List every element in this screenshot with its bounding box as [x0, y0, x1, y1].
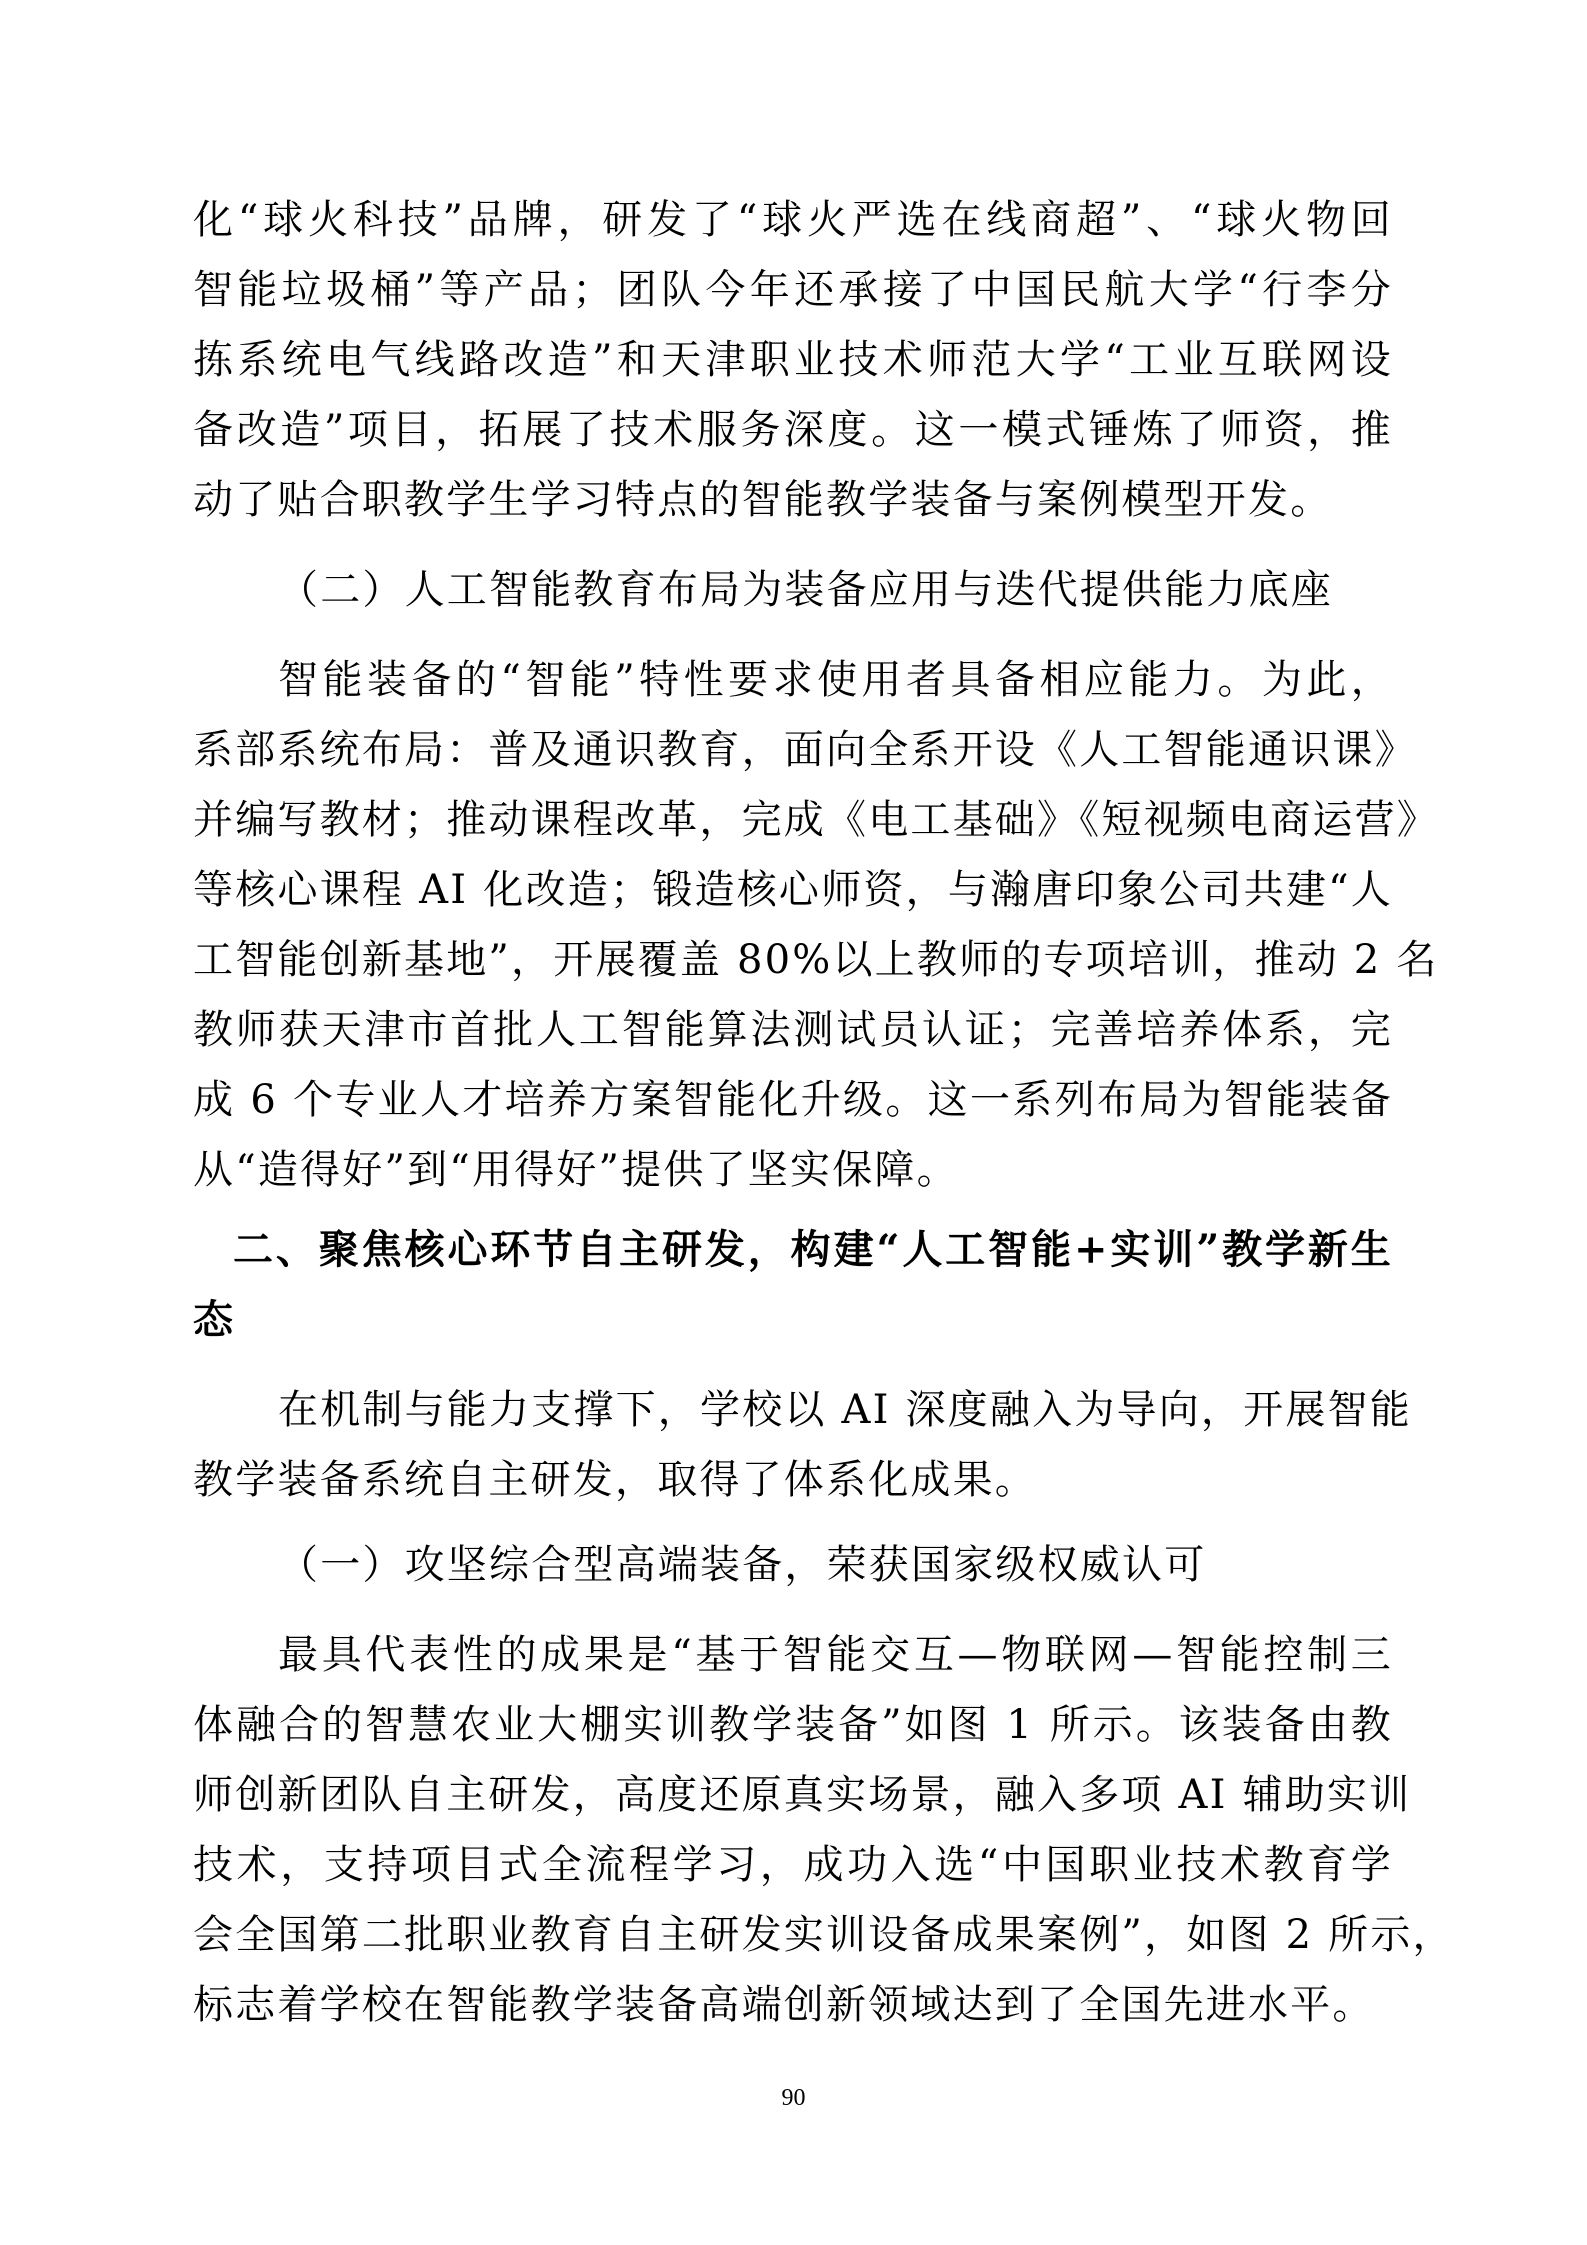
paragraph-line: 动了贴合职教学生学习特点的智能教学装备与案例模型开发。	[193, 475, 1393, 525]
paragraph-line: 化“球火科技”品牌，研发了“球火严选在线商超”、“球火物回	[193, 195, 1393, 245]
subheading: （一）攻坚综合型高端装备，荣获国家级权威认可	[278, 1540, 1393, 1590]
paragraph-line: 智能垃圾桶”等产品；团队今年还承接了中国民航大学“行李分	[193, 265, 1393, 315]
paragraph-line: 最具代表性的成果是“基于智能交互—物联网—智能控制三	[278, 1630, 1393, 1680]
paragraph-line: 智能装备的“智能”特性要求使用者具备相应能力。为此，	[278, 655, 1393, 705]
paragraph-line: 会全国第二批职业教育自主研发实训设备成果案例”，如图 2 所示，	[193, 1910, 1393, 1960]
paragraph-line: 标志着学校在智能教学装备高端创新领域达到了全国先进水平。	[193, 1980, 1393, 2030]
paragraph-line: 成 6 个专业人才培养方案智能化升级。这一系列布局为智能装备	[193, 1075, 1393, 1125]
paragraph-line: 技术，支持项目式全流程学习，成功入选“中国职业技术教育学	[193, 1840, 1393, 1890]
paragraph-line: 等核心课程 AI 化改造；锻造核心师资，与瀚唐印象公司共建“人	[193, 865, 1393, 915]
paragraph-line: 师创新团队自主研发，高度还原真实场景，融入多项 AI 辅助实训	[193, 1770, 1393, 1820]
document-page: 化“球火科技”品牌，研发了“球火严选在线商超”、“球火物回 智能垃圾桶”等产品；…	[0, 0, 1587, 2245]
paragraph-line: 体融合的智慧农业大棚实训教学装备”如图 1 所示。该装备由教	[193, 1700, 1393, 1750]
page-number: 90	[0, 2085, 1587, 2112]
section-heading: 二、聚焦核心环节自主研发，构建“人工智能+实训”教学新生	[233, 1225, 1393, 1275]
paragraph-line: 备改造”项目，拓展了技术服务深度。这一模式锤炼了师资，推	[193, 405, 1393, 455]
section-heading: 态	[193, 1295, 1353, 1345]
paragraph-line: 在机制与能力支撑下，学校以 AI 深度融入为导向，开展智能	[278, 1385, 1393, 1435]
paragraph-line: 并编写教材；推动课程改革，完成《电工基础》《短视频电商运营》	[193, 795, 1393, 845]
paragraph-line: 教学装备系统自主研发，取得了体系化成果。	[193, 1455, 1393, 1505]
paragraph-line: 拣系统电气线路改造”和天津职业技术师范大学“工业互联网设	[193, 335, 1393, 385]
subheading: （二）人工智能教育布局为装备应用与迭代提供能力底座	[278, 565, 1393, 615]
paragraph-line: 教师获天津市首批人工智能算法测试员认证；完善培养体系，完	[193, 1005, 1393, 1055]
paragraph-line: 从“造得好”到“用得好”提供了坚实保障。	[193, 1145, 1393, 1195]
paragraph-line: 系部系统布局：普及通识教育，面向全系开设《人工智能通识课》	[193, 725, 1393, 775]
paragraph-line: 工智能创新基地”，开展覆盖 80%以上教师的专项培训，推动 2 名	[193, 935, 1393, 985]
